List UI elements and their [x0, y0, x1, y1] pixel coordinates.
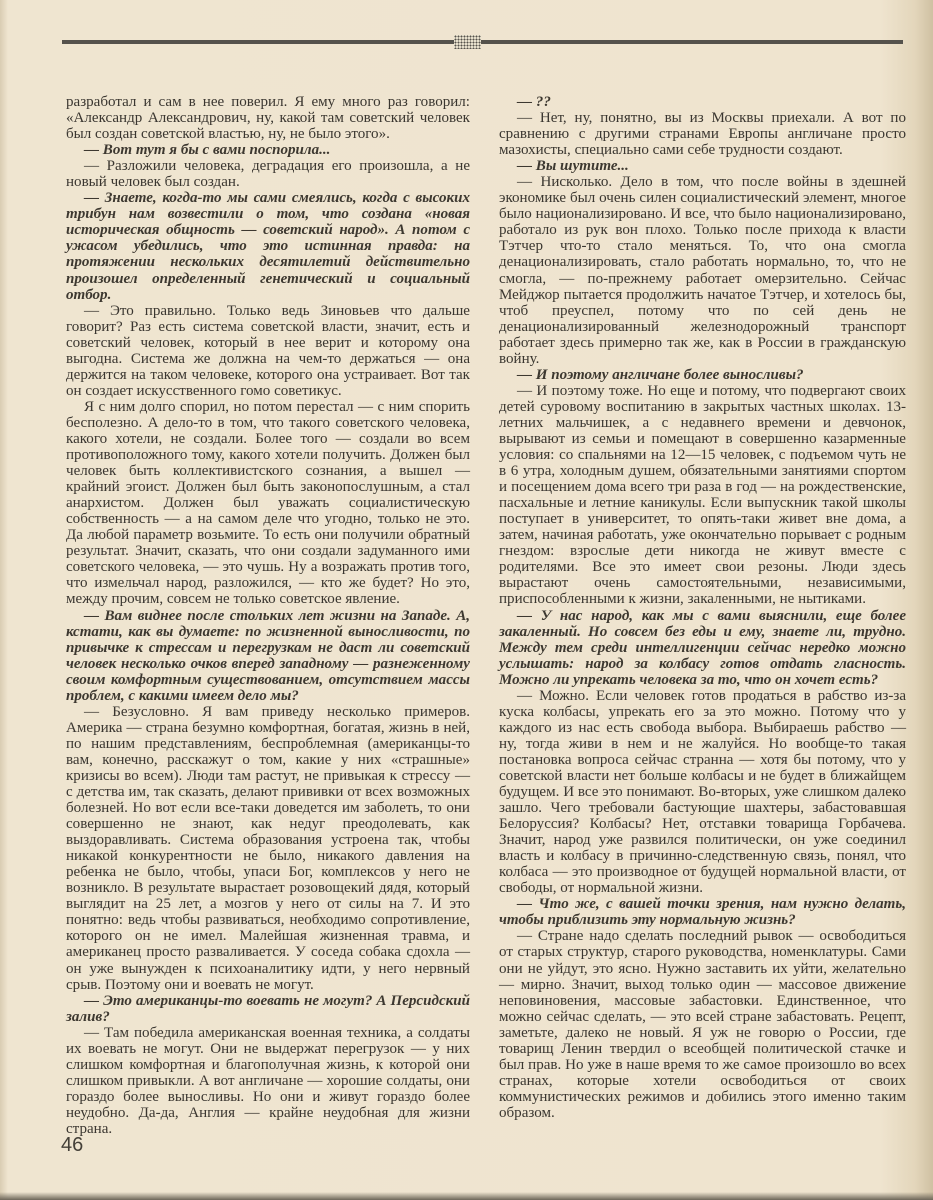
page-bottom-edge	[0, 1192, 933, 1200]
paragraph: — Нисколько. Дело в том, что после войны…	[499, 174, 906, 367]
interviewer-question: — Это американцы-то воевать не могут? А …	[66, 993, 470, 1025]
page-number: 46	[61, 1134, 83, 1157]
paragraph: разработал и сам в нее поверил. Я ему мн…	[66, 94, 470, 142]
interviewer-question: — Вы шутите...	[499, 158, 906, 174]
interviewer-question: — Знаете, когда-то мы сами смеялись, ког…	[66, 190, 470, 302]
paragraph: — Безусловно. Я вам приведу несколько пр…	[66, 704, 470, 993]
header-rule	[62, 40, 903, 44]
right-column: — ?? — Нет, ну, понятно, вы из Москвы пр…	[499, 94, 906, 1121]
interviewer-question: — У нас народ, как мы с вами выяснили, е…	[499, 608, 906, 688]
paragraph: — Там победила американская военная техн…	[66, 1025, 470, 1137]
paragraph: Я с ним долго спорил, но потом перестал …	[66, 399, 470, 608]
interviewer-question: — Вот тут я бы с вами поспорила...	[66, 142, 470, 158]
interviewer-question: — Вам виднее после стольких лет жизни на…	[66, 608, 470, 704]
interviewer-question: — И поэтому англичане более выносливы?	[499, 367, 906, 383]
header-rule-ornament	[454, 35, 481, 49]
paragraph: — Это правильно. Только ведь Зиновьев чт…	[66, 303, 470, 399]
paragraph: — Стране надо сделать последний рывок — …	[499, 928, 906, 1121]
paragraph: — Нет, ну, понятно, вы из Москвы приехал…	[499, 110, 906, 158]
paragraph: — Можно. Если человек готов продаться в …	[499, 688, 906, 897]
paragraph: — И поэтому тоже. Но еще и потому, что п…	[499, 383, 906, 608]
left-column: разработал и сам в нее поверил. Я ему мн…	[66, 94, 470, 1137]
interviewer-question: — Что же, с вашей точки зрения, нам нужн…	[499, 896, 906, 928]
interviewer-question: — ??	[499, 94, 906, 110]
paragraph: — Разложили человека, деградация его про…	[66, 158, 470, 190]
